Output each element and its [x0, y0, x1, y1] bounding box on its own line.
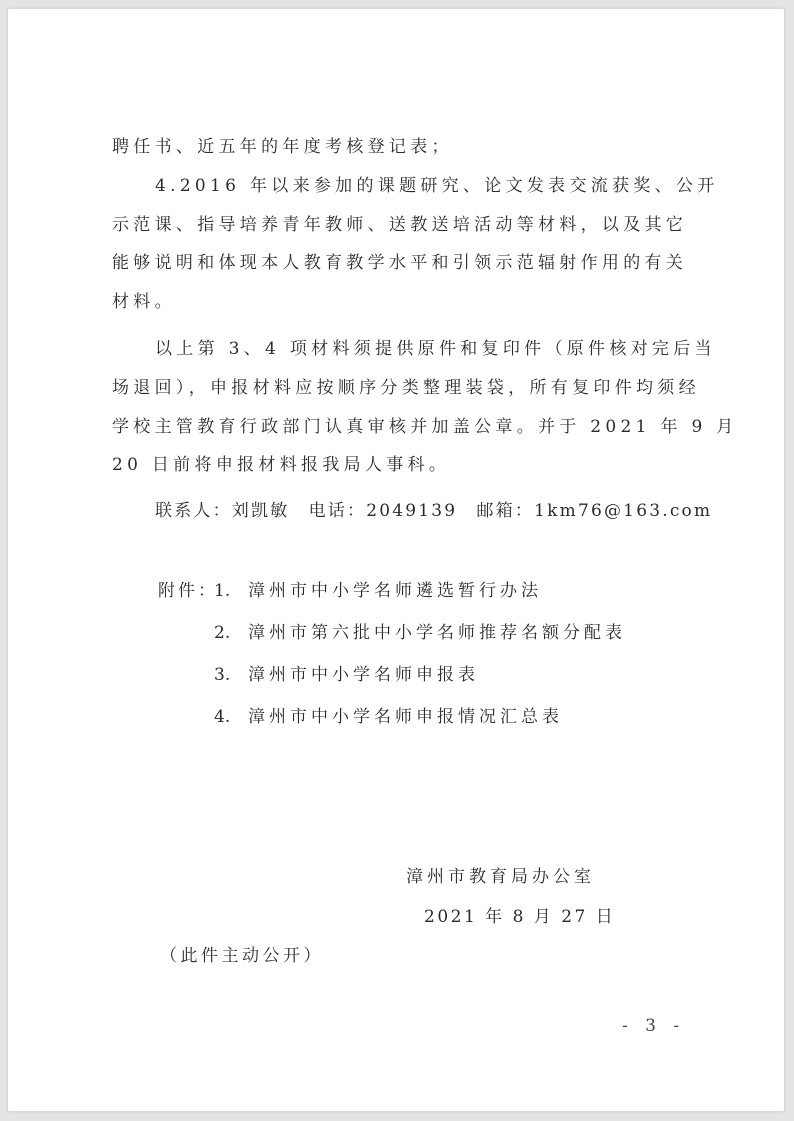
attachment-item: 2.漳州市第六批中小学名师推荐名额分配表: [214, 622, 626, 644]
attachment-number: 4.: [214, 706, 248, 728]
body-line: 学校主管教育行政部门认真审核并加盖公章。并于 2021 年 9 月: [112, 416, 682, 438]
body-line: 示范课、指导培养青年教师、送教送培活动等材料，以及其它: [112, 214, 682, 236]
contact-line: 联系人：刘凯敏 电话：2049139 邮箱：1km76@163.com: [155, 500, 725, 522]
attachment-number: 2.: [214, 622, 248, 644]
body-line: 20 日前将申报材料报我局人事科。: [112, 454, 682, 476]
body-line: 场退回），申报材料应按顺序分类整理装袋，所有复印件均须经: [112, 377, 682, 399]
attachment-title: 漳州市中小学名师申报情况汇总表: [248, 707, 563, 727]
attachment-item: 3.漳州市中小学名师申报表: [214, 664, 479, 686]
attachment-title: 漳州市中小学名师申报表: [248, 665, 479, 685]
document-content: 聘任书、近五年的年度考核登记表； 4.2016 年以来参加的课题研究、论文发表交…: [0, 0, 794, 1121]
body-line: 4.2016 年以来参加的课题研究、论文发表交流获奖、公开: [155, 175, 725, 197]
attachment-number: 3.: [214, 664, 248, 686]
attachment-item: 4.漳州市中小学名师申报情况汇总表: [214, 706, 563, 728]
attachment-title: 漳州市第六批中小学名师推荐名额分配表: [248, 623, 626, 643]
attachment-number: 1.: [214, 580, 248, 602]
body-line: 聘任书、近五年的年度考核登记表；: [112, 136, 682, 158]
page-number: - 3 -: [622, 1016, 685, 1036]
attachment-title: 漳州市中小学名师遴选暂行办法: [248, 581, 542, 601]
issuing-office: 漳州市教育局办公室: [406, 866, 595, 888]
body-line: 材料。: [112, 291, 682, 313]
attachment-item: 1.漳州市中小学名师遴选暂行办法: [214, 580, 542, 602]
attachments-label: 附件：: [158, 580, 218, 602]
body-line: 能够说明和体现本人教育教学水平和引领示范辐射作用的有关: [112, 252, 682, 274]
body-line: 以上第 3、4 项材料须提供原件和复印件（原件核对完后当: [155, 338, 725, 360]
issue-date: 2021 年 8 月 27 日: [424, 906, 615, 928]
disclosure-note: （此件主动公开）: [160, 945, 324, 967]
